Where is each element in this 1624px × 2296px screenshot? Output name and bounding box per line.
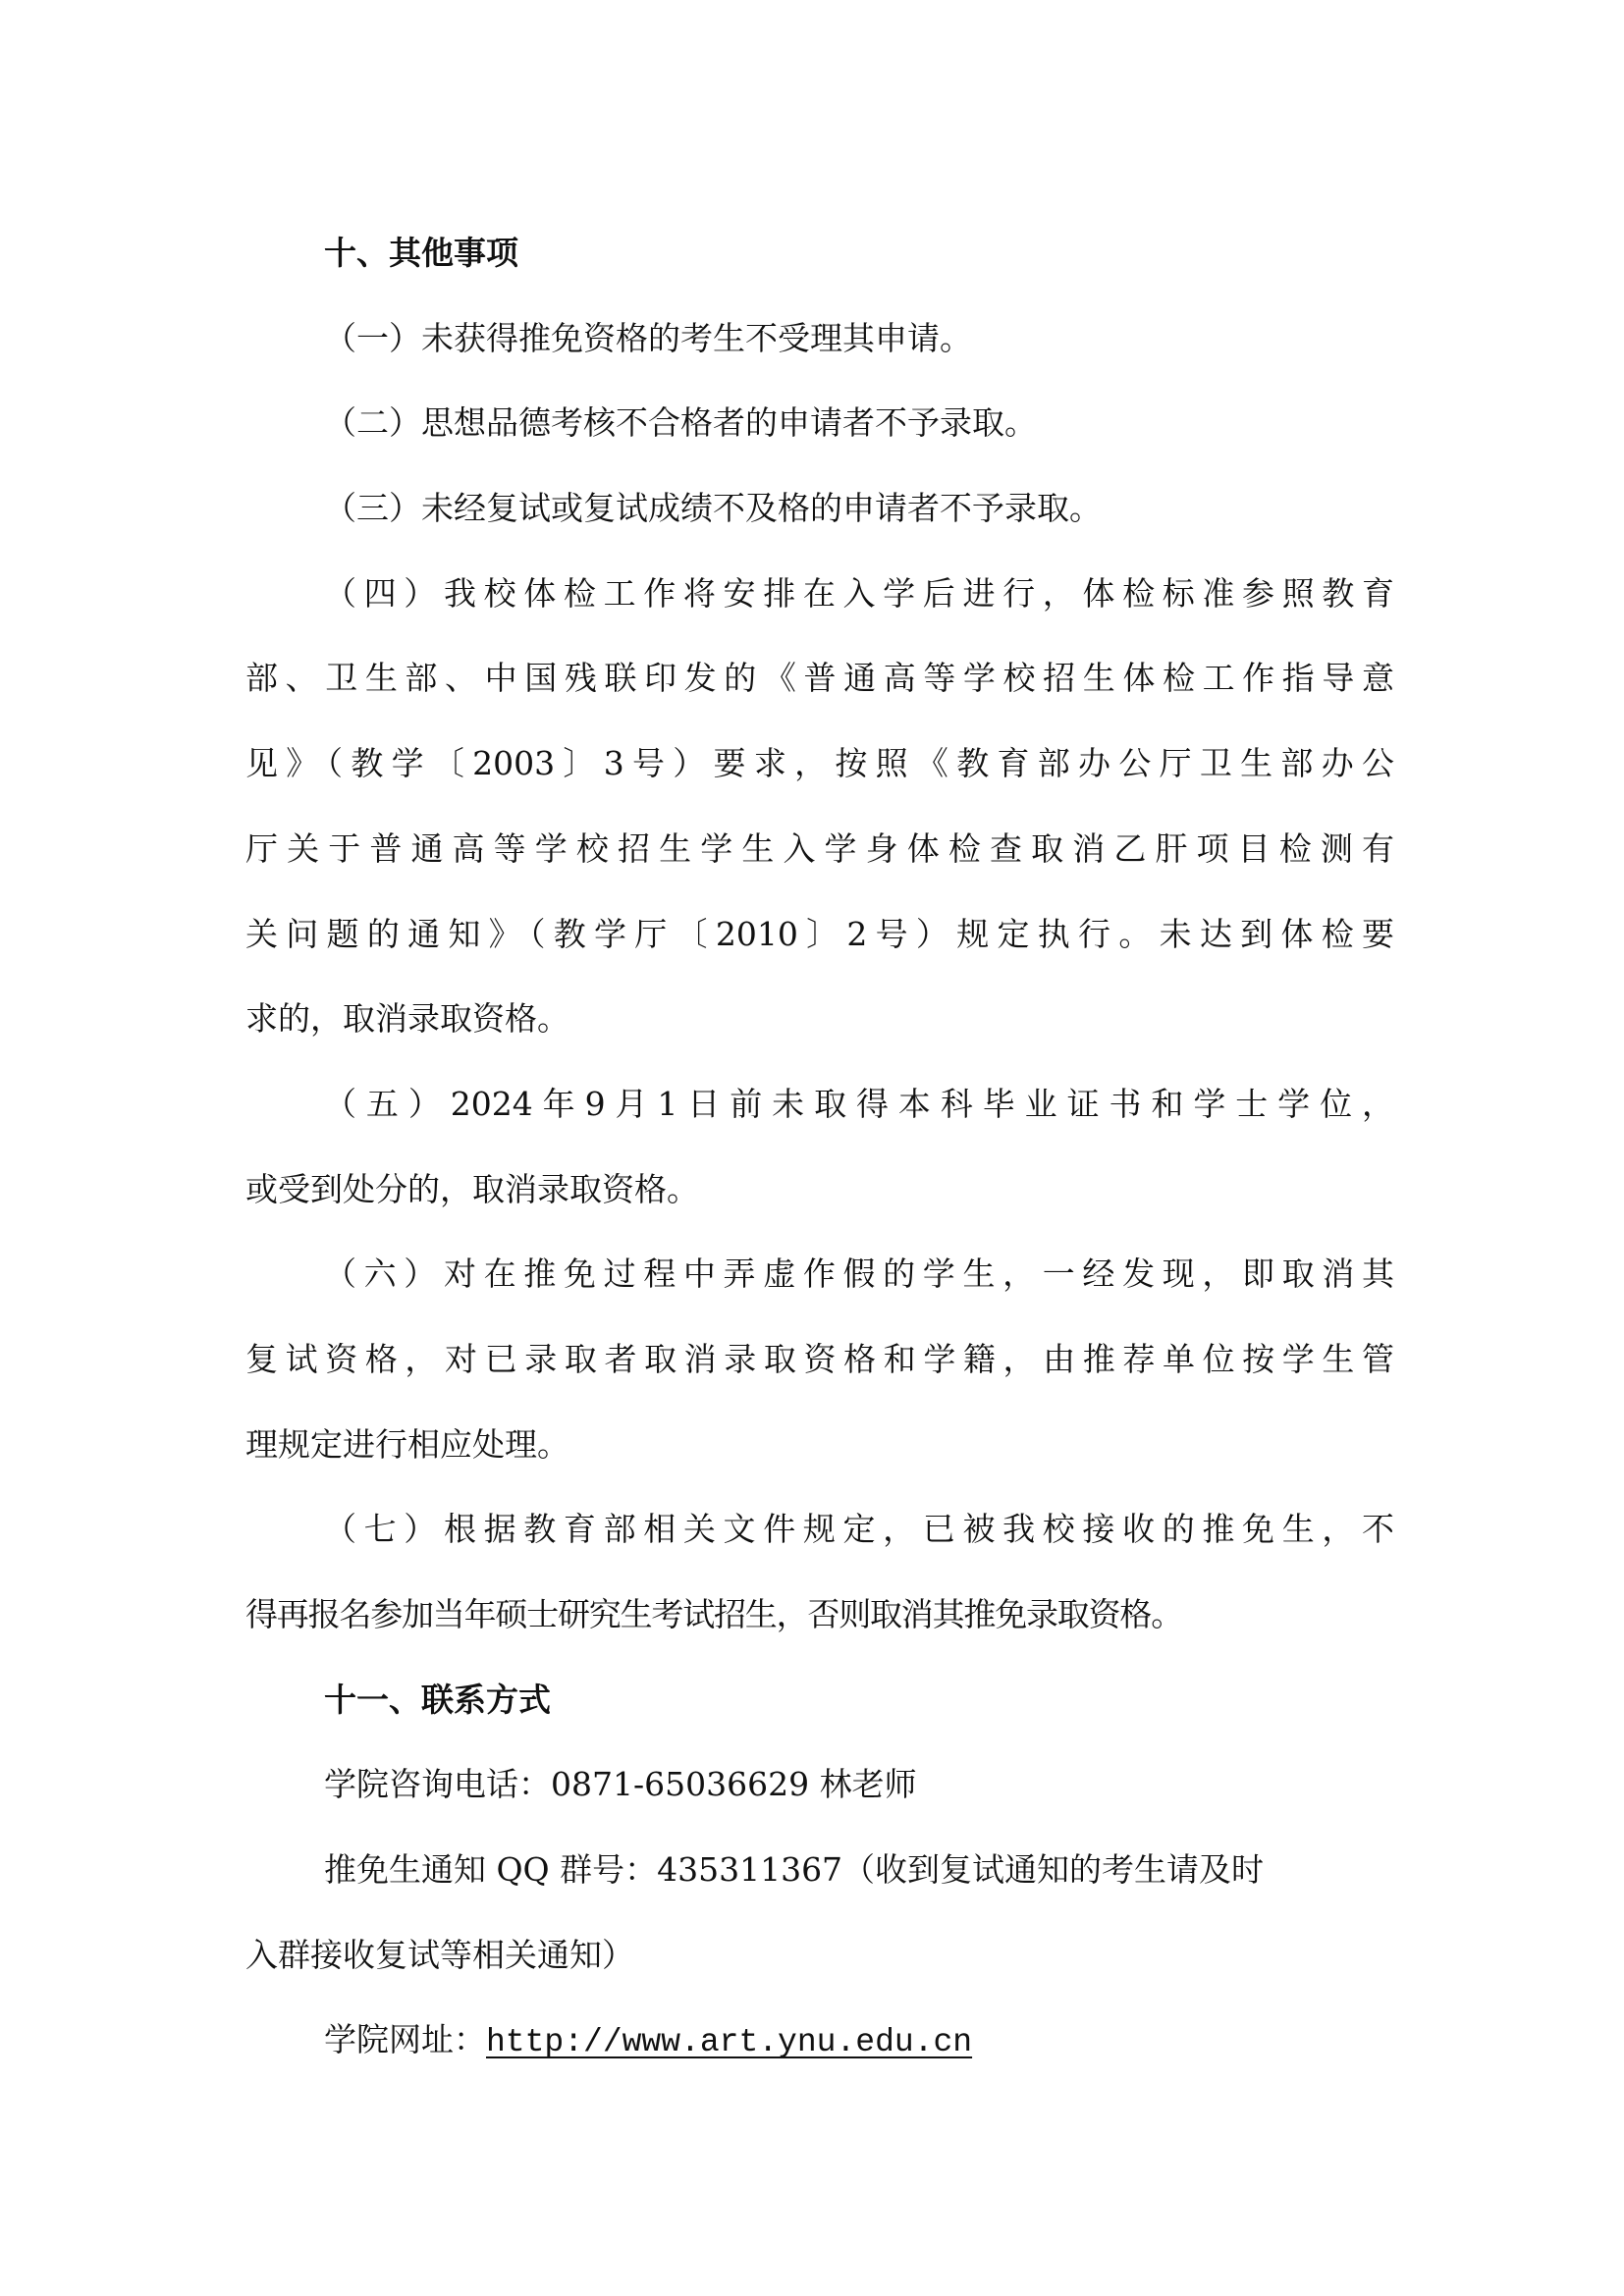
item-4-line: 见》（教学〔2003〕3号）要求，按照《教育部办公厅卫生部办公: [245, 721, 1394, 807]
contact-website: 学院网址：http://www.art.ynu.edu.cn: [245, 1998, 1394, 2083]
contact-phone: 学院咨询电话：0871-65036629 林老师: [245, 1742, 1394, 1828]
item-6-line: 复试资格，对已录取者取消录取资格和学籍，由推荐单位按学生管: [245, 1317, 1394, 1403]
item-5: （五）2024年9月1日前未取得本科毕业证书和学士学位， 或受到处分的，取消录取…: [245, 1062, 1394, 1232]
item-4-line: 厅关于普通高等学校招生学生入学身体检查取消乙肝项目检测有: [245, 807, 1394, 892]
contact-qq: 推免生通知 QQ 群号：435311367（收到复试通知的考生请及时: [245, 1828, 1394, 1913]
item-4-line: 部、卫生部、中国残联印发的《普通高等学校招生体检工作指导意: [245, 636, 1394, 721]
item-4-line: （四）我校体检工作将安排在入学后进行，体检标准参照教育: [245, 552, 1394, 637]
phone-label: 学院咨询电话：: [324, 1765, 551, 1803]
item-2: （二）思想品德考核不合格者的申请者不予录取。: [245, 381, 1394, 466]
item-3: （三）未经复试或复试成绩不及格的申请者不予录取。: [245, 466, 1394, 552]
item-6: （六）对在推免过程中弄虚作假的学生，一经发现，即取消其 复试资格，对已录取者取消…: [245, 1232, 1394, 1487]
item-1: （一）未获得推免资格的考生不受理其申请。: [245, 296, 1394, 382]
item-6-line: 理规定进行相应处理。: [245, 1403, 1394, 1488]
item-4-line: 关问题的通知》（教学厅〔2010〕2号）规定执行。未达到体检要: [245, 892, 1394, 978]
contact-qq-continued: 入群接收复试等相关通知）: [245, 1913, 1394, 1999]
website-label: 学院网址：: [324, 2020, 486, 2058]
item-5-line: 或受到处分的，取消录取资格。: [245, 1148, 1394, 1233]
section-heading-other-matters: 十、其他事项: [245, 211, 1394, 296]
website-link[interactable]: http://www.art.ynu.edu.cn: [486, 2024, 972, 2060]
phone-value: 0871-65036629 林老师: [551, 1765, 917, 1803]
item-7: （七）根据教育部相关文件规定，已被我校接收的推免生，不 得再报名参加当年硕士研究…: [245, 1487, 1394, 1657]
section-heading-contact: 十一、联系方式: [245, 1658, 1394, 1743]
item-4-line: 求的，取消录取资格。: [245, 977, 1394, 1062]
qq-label: 推免生通知 QQ 群号：: [324, 1850, 657, 1889]
document-page: 十、其他事项 （一）未获得推免资格的考生不受理其申请。 （二）思想品德考核不合格…: [245, 211, 1394, 2083]
item-6-line: （六）对在推免过程中弄虚作假的学生，一经发现，即取消其: [245, 1232, 1394, 1317]
item-4: （四）我校体检工作将安排在入学后进行，体检标准参照教育 部、卫生部、中国残联印发…: [245, 552, 1394, 1062]
item-7-line: 得再报名参加当年硕士研究生考试招生，否则取消其推免录取资格。: [245, 1573, 1394, 1658]
qq-value: 435311367（收到复试通知的考生请及时: [657, 1850, 1264, 1889]
item-5-line: （五）2024年9月1日前未取得本科毕业证书和学士学位，: [245, 1062, 1394, 1148]
item-7-line: （七）根据教育部相关文件规定，已被我校接收的推免生，不: [245, 1487, 1394, 1573]
